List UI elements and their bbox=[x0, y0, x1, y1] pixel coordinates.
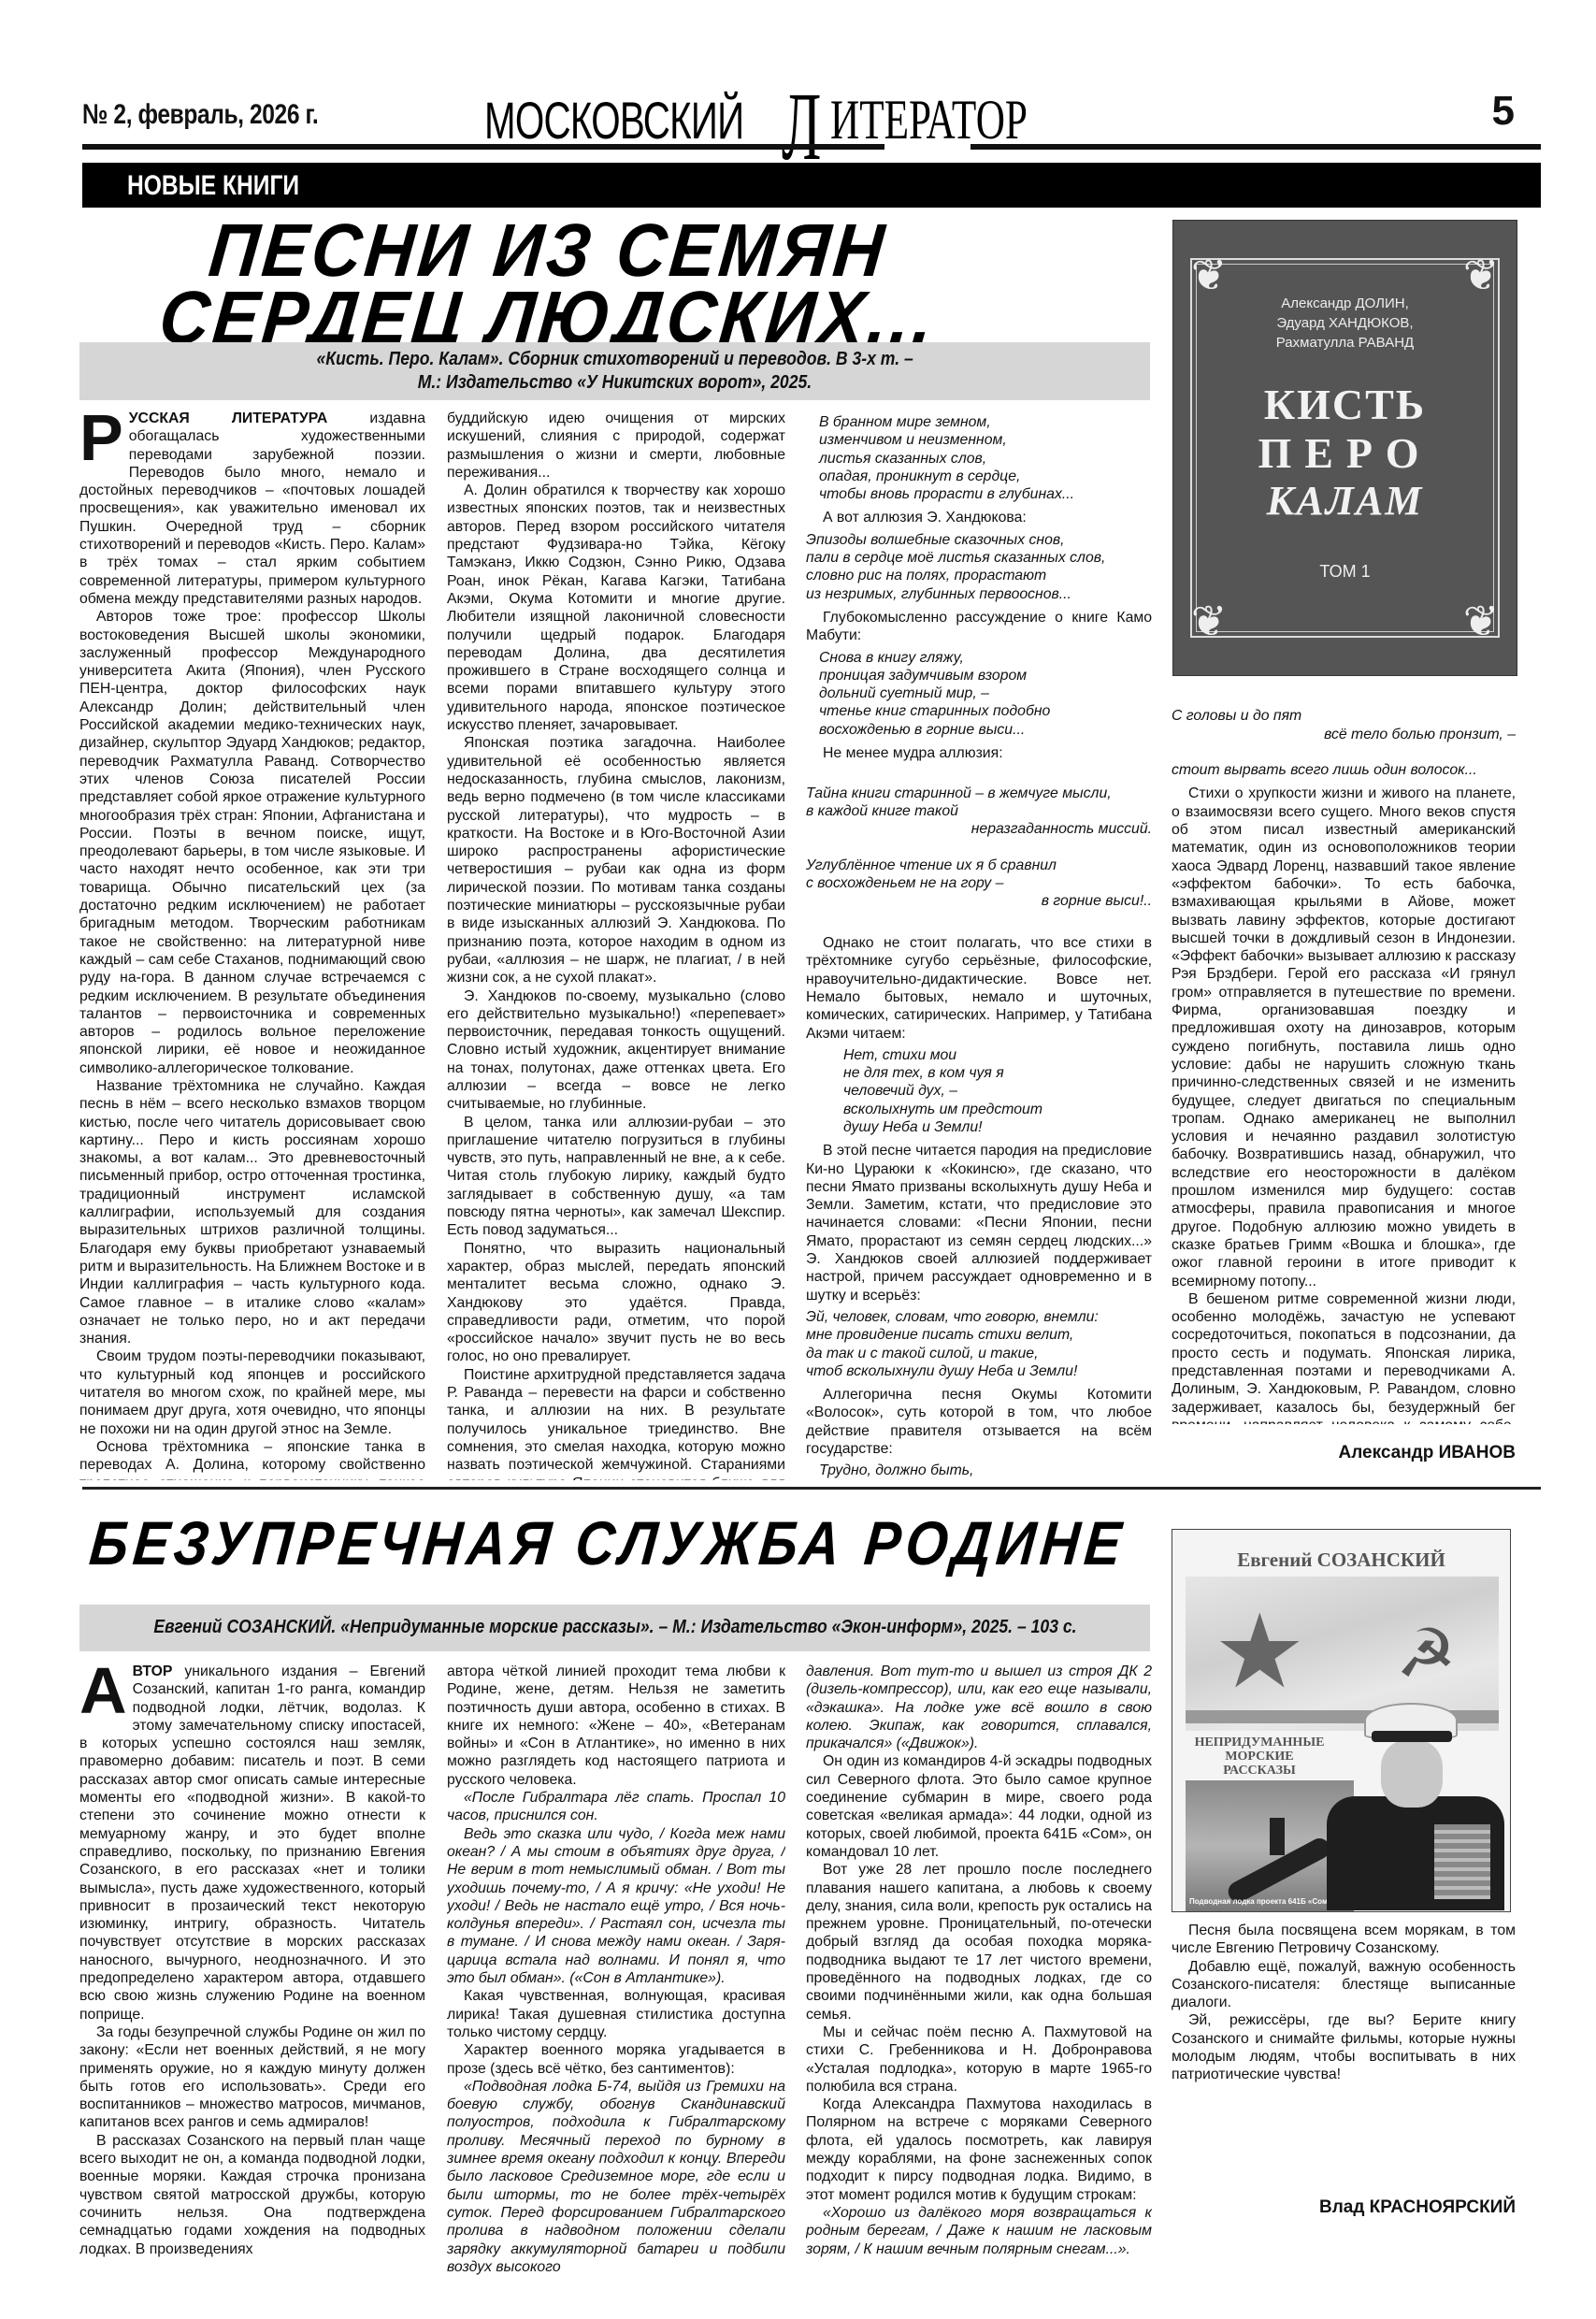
article2-bibliography: Евгений СОЗАНСКИЙ. «Непридуманные морски… bbox=[79, 1605, 1150, 1651]
article1-paragraph: Глубокомысленно рассуждение о книге Камо… bbox=[806, 609, 1152, 645]
article2-paragraph: Добавлю ещё, пожалуй, важную особенность… bbox=[1172, 1958, 1516, 2012]
article2-paragraph: Мы и сейчас поём песню А. Пахмутовой на … bbox=[806, 2024, 1152, 2096]
article2-column-2: автора чёткой линией проходит тема любви… bbox=[447, 1663, 785, 2298]
article2-paragraph: За годы безупречной службы Родине он жил… bbox=[79, 2024, 425, 2132]
article1-paragraph: Однако не стоит полагать, что все стихи … bbox=[806, 934, 1152, 1043]
poem: С головы и до пят всё тело болью пронзит… bbox=[1172, 689, 1516, 779]
hammer-sickle-icon: ☭ bbox=[1396, 1614, 1457, 1692]
article2-quote: Ведь это сказка или чудо, / Когда меж на… bbox=[447, 1825, 785, 1988]
ornament-icon: ❦ bbox=[1181, 593, 1237, 649]
article2-quote: «Подводная лодка Б-74, выйдя из Гремихи … bbox=[447, 2078, 785, 2276]
article1-paragraph: А вот аллюзия Э. Хандюкова: bbox=[806, 509, 1152, 526]
article2-paragraph: Песня была посвящена всем морякам, в том… bbox=[1172, 1922, 1516, 1958]
article1-bibliography: «Кисть. Перо. Калам». Сборник стихотворе… bbox=[79, 342, 1150, 400]
article1-paragraph: Понятно, что выразить национальный харак… bbox=[447, 1240, 785, 1366]
article2-column-3: давления. Вот тут-то и вышел из строя ДК… bbox=[806, 1663, 1152, 2298]
article2-paragraph: Характер военного моряка угадывается в п… bbox=[447, 2041, 785, 2078]
article1-column-2: буддийскую идею очищения от мирских иску… bbox=[447, 410, 785, 1480]
article2-quote: давления. Вот тут-то и вышел из строя ДК… bbox=[806, 1663, 1152, 1752]
section-rubric: НОВЫЕ КНИГИ bbox=[82, 163, 1541, 208]
logo-word-2: ИТЕРАТОР bbox=[830, 88, 1028, 152]
article1-paragraph: В бешеном ритме современной жизни люди, … bbox=[1172, 1290, 1516, 1424]
article1-paragraph: Аллегорична песня Окумы Котомити «Волосо… bbox=[806, 1386, 1152, 1458]
article1-column-1: РУССКАЯ ЛИТЕРАТУРА издавна обогащалась х… bbox=[79, 410, 425, 1480]
article2-quote: «Хорошо из далёкого моря возвращаться к … bbox=[806, 2204, 1152, 2258]
poem: Снова в книгу гляжу, проницая задумчивым… bbox=[819, 649, 1152, 739]
poem: Эпизоды волшебные сказочных снов, пали в… bbox=[806, 531, 1152, 603]
ornament-icon: ❦ bbox=[1453, 593, 1509, 649]
article2-paragraph: Вот уже 28 лет прошло после последнего п… bbox=[806, 1861, 1152, 2024]
article2-headline: БЕЗУПРЕЧНАЯ СЛУЖБА РОДИНЕ bbox=[87, 1505, 1129, 1580]
poem: Нет, стихи мои не для тех, в ком чуя я ч… bbox=[843, 1046, 1152, 1136]
cover-title-line2: ПЕРО bbox=[1173, 428, 1517, 478]
article1-column-3: В бранном мире земном, изменчивом и неиз… bbox=[806, 410, 1152, 1480]
article2-quote: «После Гибралтара лёг спать. Проспал 10 … bbox=[447, 1789, 785, 1825]
logo-word-1: МОСКОВСКИЙ bbox=[484, 90, 743, 151]
article1-paragraph: Японская поэтика загадочна. Наиболее уди… bbox=[447, 734, 785, 987]
article2-paragraph: Когда Александра Пахмутова находилась в … bbox=[806, 2096, 1152, 2204]
article2-paragraph: Он один из командиров 4-й эскадры подвод… bbox=[806, 1752, 1152, 1861]
photo-book-title: НЕПРИДУМАННЫЕ МОРСКИЕ РАССКАЗЫ bbox=[1189, 1736, 1330, 1778]
article2-paragraph: автора чёткой линией проходит тема любви… bbox=[447, 1663, 785, 1789]
article2-paragraph: Какая чувственная, волнующая, красивая л… bbox=[447, 1987, 785, 2041]
article2-column-1: АВТОР уникального издания – Евгений Соза… bbox=[79, 1663, 425, 2298]
poem: Тайна книги старинной – в жемчуге мысли,… bbox=[806, 766, 1152, 929]
author-portrait bbox=[1327, 1703, 1504, 1910]
article1-column-4: С головы и до пят всё тело болью пронзит… bbox=[1172, 685, 1516, 1424]
article2-paragraph: Эй, режиссёры, где вы? Берите книгу Соза… bbox=[1172, 2011, 1516, 2083]
photo-caption: Подводная лодка проекта 641Б «Сом» bbox=[1189, 1897, 1331, 1906]
article1-signature: Александр ИВАНОВ bbox=[1172, 1443, 1516, 1463]
masthead-rule bbox=[82, 144, 1541, 150]
dropcap: А bbox=[79, 1664, 127, 1717]
dropcap: Р bbox=[79, 411, 123, 464]
article1-paragraph: Не менее мудра аллюзия: bbox=[806, 744, 1152, 762]
issue-date: № 2, февраль, 2026 г. bbox=[82, 99, 318, 131]
poem: Эй, человек, словам, что говорю, внемли:… bbox=[806, 1308, 1152, 1380]
article2-paragraph: АВТОР уникального издания – Евгений Соза… bbox=[79, 1663, 425, 2024]
poem: Трудно, должно быть, властвовать и управ… bbox=[819, 1462, 1152, 1480]
cover-authors: Александр ДОЛИН, Эдуард ХАНДЮКОВ, Рахмат… bbox=[1173, 294, 1517, 353]
article1-paragraph: Стихи о хрупкости жизни и живого на план… bbox=[1172, 785, 1516, 1289]
article1-paragraph: Своим трудом поэты-переводчики показываю… bbox=[79, 1347, 425, 1437]
article1-paragraph: Авторов тоже трое: профессор Школы восто… bbox=[79, 608, 425, 1077]
article1-paragraph: Э. Хандюков по-своему, музыкально (слово… bbox=[447, 987, 785, 1114]
photo-author-name: Евгений СОЗАНСКИЙ bbox=[1172, 1548, 1510, 1572]
article2-signature: Влад КРАСНОЯРСКИЙ bbox=[1172, 2197, 1516, 2218]
cover-title-line1: КИСТЬ bbox=[1173, 380, 1517, 429]
article1-paragraph: буддийскую идею очищения от мирских иску… bbox=[447, 410, 785, 482]
cover-volume: ТОМ 1 bbox=[1173, 562, 1517, 582]
article-divider bbox=[82, 1487, 1541, 1490]
article1-paragraph: Основа трёхтомника – японские танка в пе… bbox=[79, 1438, 425, 1480]
article1-paragraph: А. Долин обратился к творчеству как хоро… bbox=[447, 482, 785, 734]
article2-column-4: Песня была посвящена всем морякам, в том… bbox=[1172, 1922, 1516, 2109]
article1-paragraph: РУССКАЯ ЛИТЕРАТУРА издавна обогащалась х… bbox=[79, 410, 425, 608]
rubric-label: НОВЫЕ КНИГИ bbox=[127, 170, 299, 202]
poem: В бранном мире земном, изменчивом и неиз… bbox=[819, 413, 1152, 503]
star-icon: ★ bbox=[1214, 1600, 1306, 1703]
article1-paragraph: В целом, танка или аллюзии-рубаи – это п… bbox=[447, 1114, 785, 1240]
page-number: 5 bbox=[1492, 88, 1515, 135]
cover-title-line3: КАЛАМ bbox=[1173, 477, 1517, 525]
book-cover-photo: Евгений СОЗАНСКИЙ ★ ☭ НЕПРИДУМАННЫЕ МОРС… bbox=[1172, 1529, 1511, 1912]
book-cover-image: ❦ ❦ ❦ ❦ Александр ДОЛИН, Эдуард ХАНДЮКОВ… bbox=[1172, 220, 1517, 676]
article1-paragraph: Поистине архитрудной представляется зада… bbox=[447, 1366, 785, 1480]
article2-paragraph: В рассказах Созанского на первый план ча… bbox=[79, 2132, 425, 2258]
article1-paragraph: В этой песне читается пародия на предисл… bbox=[806, 1142, 1152, 1304]
article1-paragraph: Название трёхтомника не случайно. Каждая… bbox=[79, 1077, 425, 1347]
